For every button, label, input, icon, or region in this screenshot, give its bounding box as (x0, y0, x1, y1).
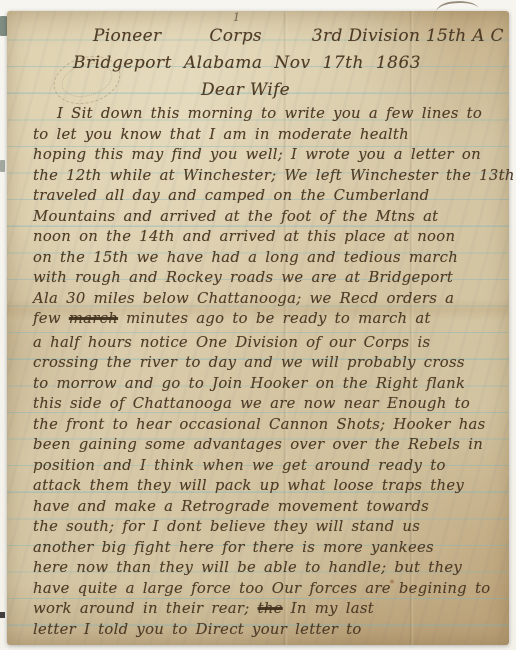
letter-text: Pioneer Corps 3rd Division 15th A C Brid… (7, 11, 509, 645)
letter-line: been gaining some advantages over over t… (33, 436, 497, 457)
letter-line: here now than they will be able to handl… (33, 559, 497, 580)
letter-line: to let you know that I am in moderate he… (33, 126, 497, 147)
letter-line: I Sit down this morning to write you a f… (33, 105, 497, 126)
scan-artifact-dot (0, 612, 5, 618)
unit-name: Pioneer (93, 26, 161, 53)
letter-line: traveled all day and camped on the Cumbe… (33, 187, 497, 208)
letter-line: another big fight here for there is more… (33, 539, 497, 560)
letter-line: work around in their rear; the In my las… (33, 600, 497, 621)
letter-line: on the 15th we have had a long and tedio… (33, 249, 497, 270)
letter-line: noon on the 14th and arrived at this pla… (33, 228, 497, 249)
scanned-letter-page: 1 Pioneer Corps 3rd Division 15th A C Br… (0, 0, 516, 650)
letter-body: I Sit down this morning to write you a f… (33, 105, 497, 641)
unit-division: 3rd Division 15th A C (312, 26, 504, 53)
letter-salutation: Dear Wife (201, 80, 497, 105)
letter-line: Ala 30 miles below Chattanooga; we Recd … (33, 290, 497, 311)
letter-line: position and I think when we get around … (33, 457, 497, 478)
letter-line: have and make a Retrograde movement towa… (33, 498, 497, 519)
letter-paper: 1 Pioneer Corps 3rd Division 15th A C Br… (7, 11, 509, 645)
letter-heading-unit-line: Pioneer Corps 3rd Division 15th A C (33, 26, 497, 53)
letter-line: few march minutes ago to be ready to mar… (33, 310, 497, 331)
letter-line: Mountains and arrived at the foot of the… (33, 208, 497, 229)
adjacent-page-fragment (0, 16, 7, 36)
letter-line: have quite a large force too Our forces … (33, 580, 497, 601)
letter-line: the front to hear occasional Cannon Shot… (33, 416, 497, 437)
letter-line: the 12th while at Winchester; We left Wi… (33, 167, 497, 188)
letter-line: hoping this may find you well; I wrote y… (33, 146, 497, 167)
letter-line: a half hours notice One Division of our … (33, 334, 497, 355)
letter-line: this side of Chattanooga we are now near… (33, 395, 497, 416)
adjacent-page-fragment (0, 160, 5, 172)
letter-dateline: Bridgeport Alabama Nov 17th 1863 (73, 53, 497, 80)
letter-line: crossing the river to day and we will pr… (33, 354, 497, 375)
letter-line: attack them they will pack up what loose… (33, 477, 497, 498)
struck-out-word: march (69, 310, 118, 327)
letter-line: with rough and Rockey roads we are at Br… (33, 269, 497, 290)
unit-corps: Corps (209, 26, 261, 53)
letter-line: the south; for I dont believe they will … (33, 518, 497, 539)
letter-line: letter I told you to Direct your letter … (33, 621, 497, 642)
struck-out-word: the (258, 600, 283, 617)
letter-line: to morrow and go to Join Hooker on the R… (33, 375, 497, 396)
